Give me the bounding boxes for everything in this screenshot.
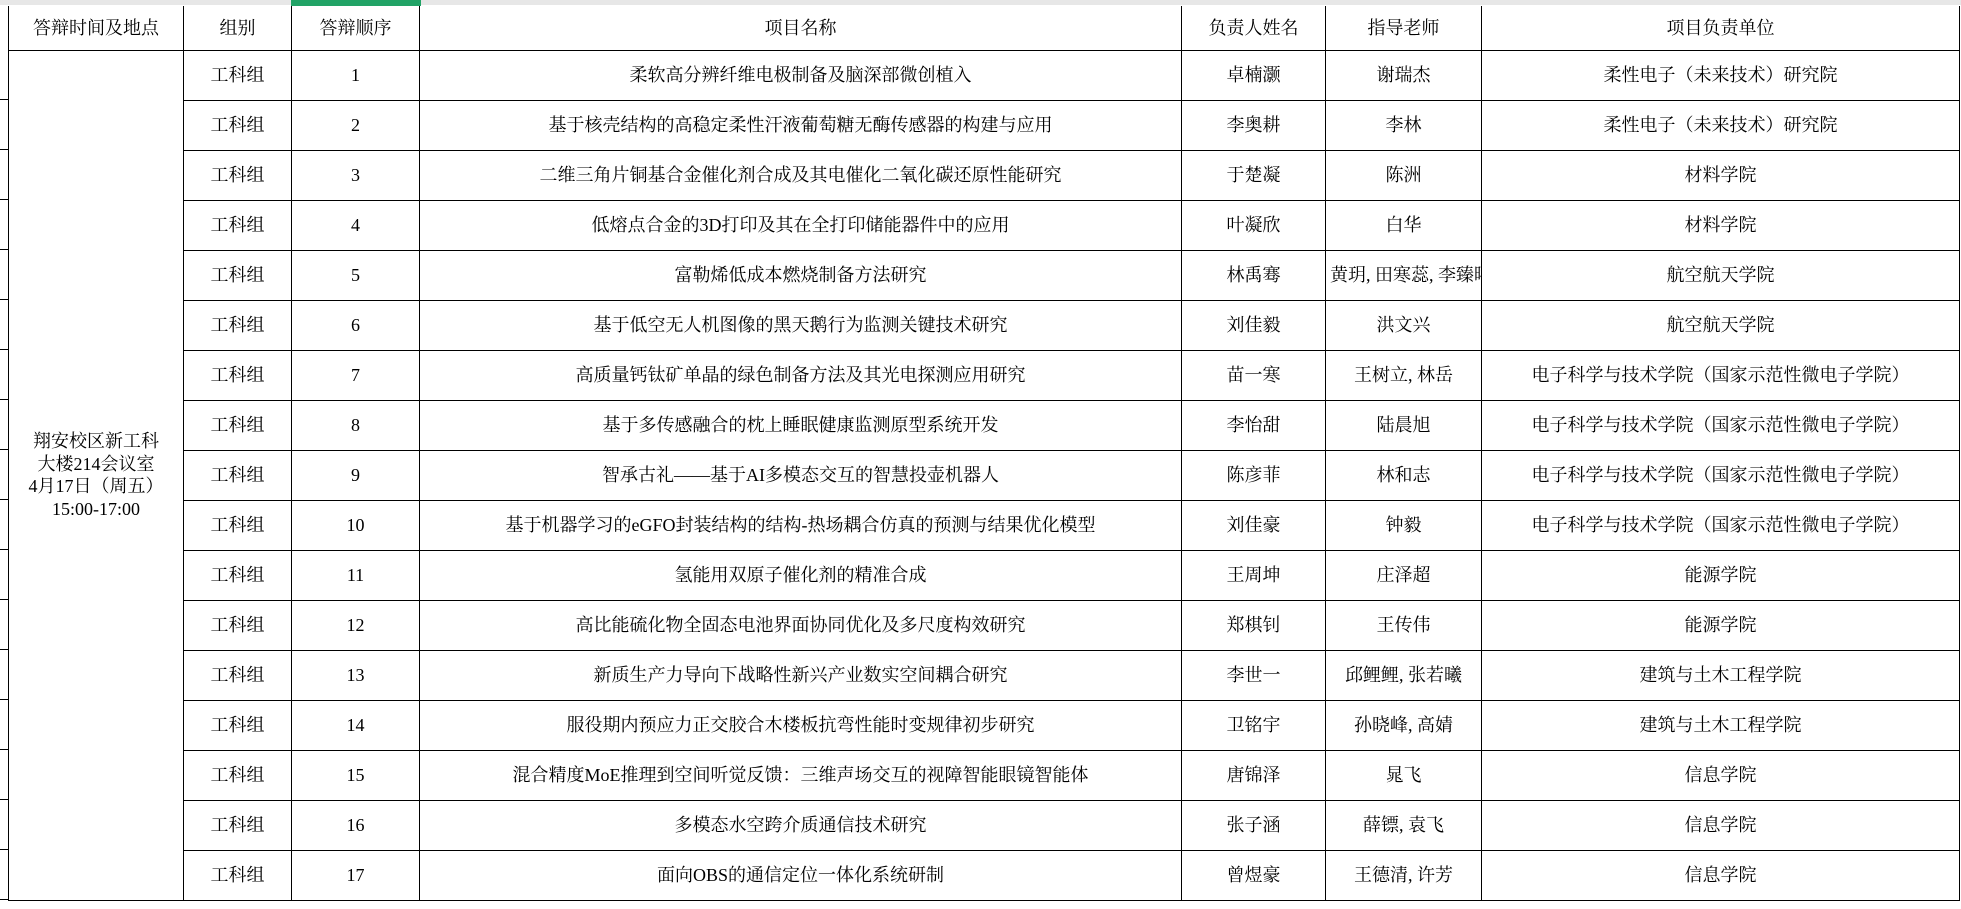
order-cell[interactable]: 1 [292,50,420,100]
unit-cell[interactable]: 能源学院 [1482,550,1960,600]
advisor-cell[interactable]: 黄玥, 田寒蕊, 李臻曜 [1326,250,1482,300]
leader-name-cell[interactable]: 曾煜豪 [1182,850,1326,900]
leader-name-cell[interactable]: 林禹骞 [1182,250,1326,300]
unit-cell[interactable]: 信息学院 [1482,800,1960,850]
advisor-cell[interactable]: 邱鲤鲤, 张若曦 [1326,650,1482,700]
leader-name-cell[interactable]: 李奥耕 [1182,100,1326,150]
project-name-cell[interactable]: 混合精度MoE推理到空间听觉反馈：三维声场交互的视障智能眼镜智能体 [420,750,1182,800]
group-cell[interactable]: 工科组 [184,350,292,400]
advisor-cell[interactable]: 王德清, 许芳 [1326,850,1482,900]
unit-cell[interactable]: 电子科学与技术学院（国家示范性微电子学院） [1482,450,1960,500]
time-location-line: 大楼214会议室 [13,453,179,476]
leader-name-cell[interactable]: 唐锦泽 [1182,750,1326,800]
unit-cell[interactable]: 柔性电子（未来技术）研究院 [1482,50,1960,100]
order-cell[interactable]: 2 [292,100,420,150]
order-cell[interactable]: 7 [292,350,420,400]
order-cell[interactable]: 14 [292,700,420,750]
order-cell[interactable]: 9 [292,450,420,500]
advisor-cell[interactable]: 庄泽超 [1326,550,1482,600]
table-row: 工科组 2 基于核壳结构的高稳定柔性汗液葡萄糖无酶传感器的构建与应用 李奥耕 李… [9,100,1960,150]
project-name-cell[interactable]: 基于机器学习的eGFO封装结构的结构-热场耦合仿真的预测与结果优化模型 [420,500,1182,550]
group-cell[interactable]: 工科组 [184,650,292,700]
unit-cell[interactable]: 航空航天学院 [1482,250,1960,300]
header-leader[interactable]: 负责人姓名 [1182,6,1326,50]
project-name-cell[interactable]: 富勒烯低成本燃烧制备方法研究 [420,250,1182,300]
defense-schedule-table: 答辩时间及地点 组别 答辩顺序 项目名称 负责人姓名 指导老师 项目负责单位 翔… [8,6,1960,901]
table-row: 工科组 8 基于多传感融合的枕上睡眠健康监测原型系统开发 李怡甜 陆晨旭 电子科… [9,400,1960,450]
order-cell[interactable]: 16 [292,800,420,850]
unit-cell[interactable]: 电子科学与技术学院（国家示范性微电子学院） [1482,350,1960,400]
header-order[interactable]: 答辩顺序 [292,6,420,50]
group-cell[interactable]: 工科组 [184,500,292,550]
project-name-cell[interactable]: 二维三角片铜基合金催化剂合成及其电催化二氧化碳还原性能研究 [420,150,1182,200]
table-row: 工科组 17 面向OBS的通信定位一体化系统研制 曾煜豪 王德清, 许芳 信息学… [9,850,1960,900]
advisor-cell[interactable]: 洪文兴 [1326,300,1482,350]
group-cell[interactable]: 工科组 [184,200,292,250]
table-body: 翔安校区新工科大楼214会议室4月17日（周五）15:00-17:00 工科组 … [9,50,1960,900]
order-cell[interactable]: 17 [292,850,420,900]
table-row: 翔安校区新工科大楼214会议室4月17日（周五）15:00-17:00 工科组 … [9,50,1960,100]
advisor-cell[interactable]: 王传伟 [1326,600,1482,650]
leader-name-cell[interactable]: 李世一 [1182,650,1326,700]
table-row: 工科组 16 多模态水空跨介质通信技术研究 张子涵 薛镖, 袁飞 信息学院 [9,800,1960,850]
unit-cell[interactable]: 能源学院 [1482,600,1960,650]
leader-name-cell[interactable]: 苗一寒 [1182,350,1326,400]
unit-cell[interactable]: 建筑与土木工程学院 [1482,650,1960,700]
advisor-cell[interactable]: 白华 [1326,200,1482,250]
project-name-cell[interactable]: 柔软高分辨纤维电极制备及脑深部微创植入 [420,50,1182,100]
project-name-cell[interactable]: 高比能硫化物全固态电池界面协同优化及多尺度构效研究 [420,600,1182,650]
advisor-cell[interactable]: 陈洲 [1326,150,1482,200]
leader-name-cell[interactable]: 王周坤 [1182,550,1326,600]
project-name-cell[interactable]: 基于核壳结构的高稳定柔性汗液葡萄糖无酶传感器的构建与应用 [420,100,1182,150]
advisor-cell[interactable]: 李林 [1326,100,1482,150]
group-cell[interactable]: 工科组 [184,450,292,500]
group-cell[interactable]: 工科组 [184,300,292,350]
table-row: 工科组 9 智承古礼——基于AI多模态交互的智慧投壶机器人 陈彦菲 林和志 电子… [9,450,1960,500]
order-cell[interactable]: 15 [292,750,420,800]
project-name-cell[interactable]: 多模态水空跨介质通信技术研究 [420,800,1182,850]
advisor-cell[interactable]: 林和志 [1326,450,1482,500]
header-advisor[interactable]: 指导老师 [1326,6,1482,50]
project-name-cell[interactable]: 基于多传感融合的枕上睡眠健康监测原型系统开发 [420,400,1182,450]
unit-cell[interactable]: 材料学院 [1482,200,1960,250]
header-unit[interactable]: 项目负责单位 [1482,6,1960,50]
group-cell[interactable]: 工科组 [184,50,292,100]
project-name-cell[interactable]: 智承古礼——基于AI多模态交互的智慧投壶机器人 [420,450,1182,500]
table-row: 工科组 14 服役期内预应力正交胶合木楼板抗弯性能时变规律初步研究 卫铭宇 孙晓… [9,700,1960,750]
table-row: 工科组 10 基于机器学习的eGFO封装结构的结构-热场耦合仿真的预测与结果优化… [9,500,1960,550]
table-row: 工科组 4 低熔点合金的3D打印及其在全打印储能器件中的应用 叶凝欣 白华 材料… [9,200,1960,250]
project-name-cell[interactable]: 低熔点合金的3D打印及其在全打印储能器件中的应用 [420,200,1182,250]
spreadsheet-view: 答辩时间及地点 组别 答辩顺序 项目名称 负责人姓名 指导老师 项目负责单位 翔… [0,0,1961,909]
unit-cell[interactable]: 柔性电子（未来技术）研究院 [1482,100,1960,150]
table-row: 工科组 7 高质量钙钛矿单晶的绿色制备方法及其光电探测应用研究 苗一寒 王树立,… [9,350,1960,400]
order-cell[interactable]: 5 [292,250,420,300]
project-name-cell[interactable]: 基于低空无人机图像的黑天鹅行为监测关键技术研究 [420,300,1182,350]
group-cell[interactable]: 工科组 [184,800,292,850]
time-location-line: 4月17日（周五） [13,475,179,498]
group-cell[interactable]: 工科组 [184,550,292,600]
unit-cell[interactable]: 航空航天学院 [1482,300,1960,350]
leader-name-cell[interactable]: 刘佳豪 [1182,500,1326,550]
table-row: 工科组 3 二维三角片铜基合金催化剂合成及其电催化二氧化碳还原性能研究 于楚凝 … [9,150,1960,200]
group-cell[interactable]: 工科组 [184,150,292,200]
defense-time-location-cell[interactable]: 翔安校区新工科大楼214会议室4月17日（周五）15:00-17:00 [9,50,184,900]
header-project[interactable]: 项目名称 [420,6,1182,50]
time-location-line: 翔安校区新工科 [13,430,179,453]
table-row: 工科组 11 氢能用双原子催化剂的精准合成 王周坤 庄泽超 能源学院 [9,550,1960,600]
advisor-cell[interactable]: 薛镖, 袁飞 [1326,800,1482,850]
unit-cell[interactable]: 电子科学与技术学院（国家示范性微电子学院） [1482,500,1960,550]
table-row: 工科组 15 混合精度MoE推理到空间听觉反馈：三维声场交互的视障智能眼镜智能体… [9,750,1960,800]
order-cell[interactable]: 8 [292,400,420,450]
unit-cell[interactable]: 建筑与土木工程学院 [1482,700,1960,750]
group-cell[interactable]: 工科组 [184,400,292,450]
unit-cell[interactable]: 信息学院 [1482,850,1960,900]
order-cell[interactable]: 3 [292,150,420,200]
group-cell[interactable]: 工科组 [184,100,292,150]
leader-name-cell[interactable]: 刘佳毅 [1182,300,1326,350]
advisor-cell[interactable]: 陆晨旭 [1326,400,1482,450]
advisor-cell[interactable]: 钟毅 [1326,500,1482,550]
table-row: 工科组 5 富勒烯低成本燃烧制备方法研究 林禹骞 黄玥, 田寒蕊, 李臻曜 航空… [9,250,1960,300]
advisor-cell[interactable]: 晁飞 [1326,750,1482,800]
leader-name-cell[interactable]: 于楚凝 [1182,150,1326,200]
group-cell[interactable]: 工科组 [184,750,292,800]
leader-name-cell[interactable]: 叶凝欣 [1182,200,1326,250]
leader-name-cell[interactable]: 郑棋钊 [1182,600,1326,650]
project-name-cell[interactable]: 高质量钙钛矿单晶的绿色制备方法及其光电探测应用研究 [420,350,1182,400]
time-location-line: 15:00-17:00 [13,498,179,521]
project-name-cell[interactable]: 新质生产力导向下战略性新兴产业数实空间耦合研究 [420,650,1182,700]
leader-name-cell[interactable]: 卓楠灏 [1182,50,1326,100]
header-group[interactable]: 组别 [184,6,292,50]
group-cell[interactable]: 工科组 [184,700,292,750]
order-cell[interactable]: 11 [292,550,420,600]
order-cell[interactable]: 13 [292,650,420,700]
project-name-cell[interactable]: 服役期内预应力正交胶合木楼板抗弯性能时变规律初步研究 [420,700,1182,750]
advisor-cell[interactable]: 谢瑞杰 [1326,50,1482,100]
table-row: 工科组 13 新质生产力导向下战略性新兴产业数实空间耦合研究 李世一 邱鲤鲤, … [9,650,1960,700]
group-cell[interactable]: 工科组 [184,250,292,300]
table-row: 工科组 12 高比能硫化物全固态电池界面协同优化及多尺度构效研究 郑棋钊 王传伟… [9,600,1960,650]
group-cell[interactable]: 工科组 [184,600,292,650]
project-name-cell[interactable]: 面向OBS的通信定位一体化系统研制 [420,850,1182,900]
order-cell[interactable]: 6 [292,300,420,350]
table-row: 工科组 6 基于低空无人机图像的黑天鹅行为监测关键技术研究 刘佳毅 洪文兴 航空… [9,300,1960,350]
leader-name-cell[interactable]: 陈彦菲 [1182,450,1326,500]
order-cell[interactable]: 4 [292,200,420,250]
leader-name-cell[interactable]: 卫铭宇 [1182,700,1326,750]
left-gutter-ticks [0,99,8,900]
advisor-cell[interactable]: 王树立, 林岳 [1326,350,1482,400]
advisor-cell[interactable]: 孙晓峰, 高婧 [1326,700,1482,750]
header-time-location[interactable]: 答辩时间及地点 [9,6,184,50]
unit-cell[interactable]: 信息学院 [1482,750,1960,800]
order-cell[interactable]: 12 [292,600,420,650]
leader-name-cell[interactable]: 李怡甜 [1182,400,1326,450]
header-row: 答辩时间及地点 组别 答辩顺序 项目名称 负责人姓名 指导老师 项目负责单位 [9,6,1960,50]
leader-name-cell[interactable]: 张子涵 [1182,800,1326,850]
unit-cell[interactable]: 电子科学与技术学院（国家示范性微电子学院） [1482,400,1960,450]
group-cell[interactable]: 工科组 [184,850,292,900]
order-cell[interactable]: 10 [292,500,420,550]
project-name-cell[interactable]: 氢能用双原子催化剂的精准合成 [420,550,1182,600]
unit-cell[interactable]: 材料学院 [1482,150,1960,200]
